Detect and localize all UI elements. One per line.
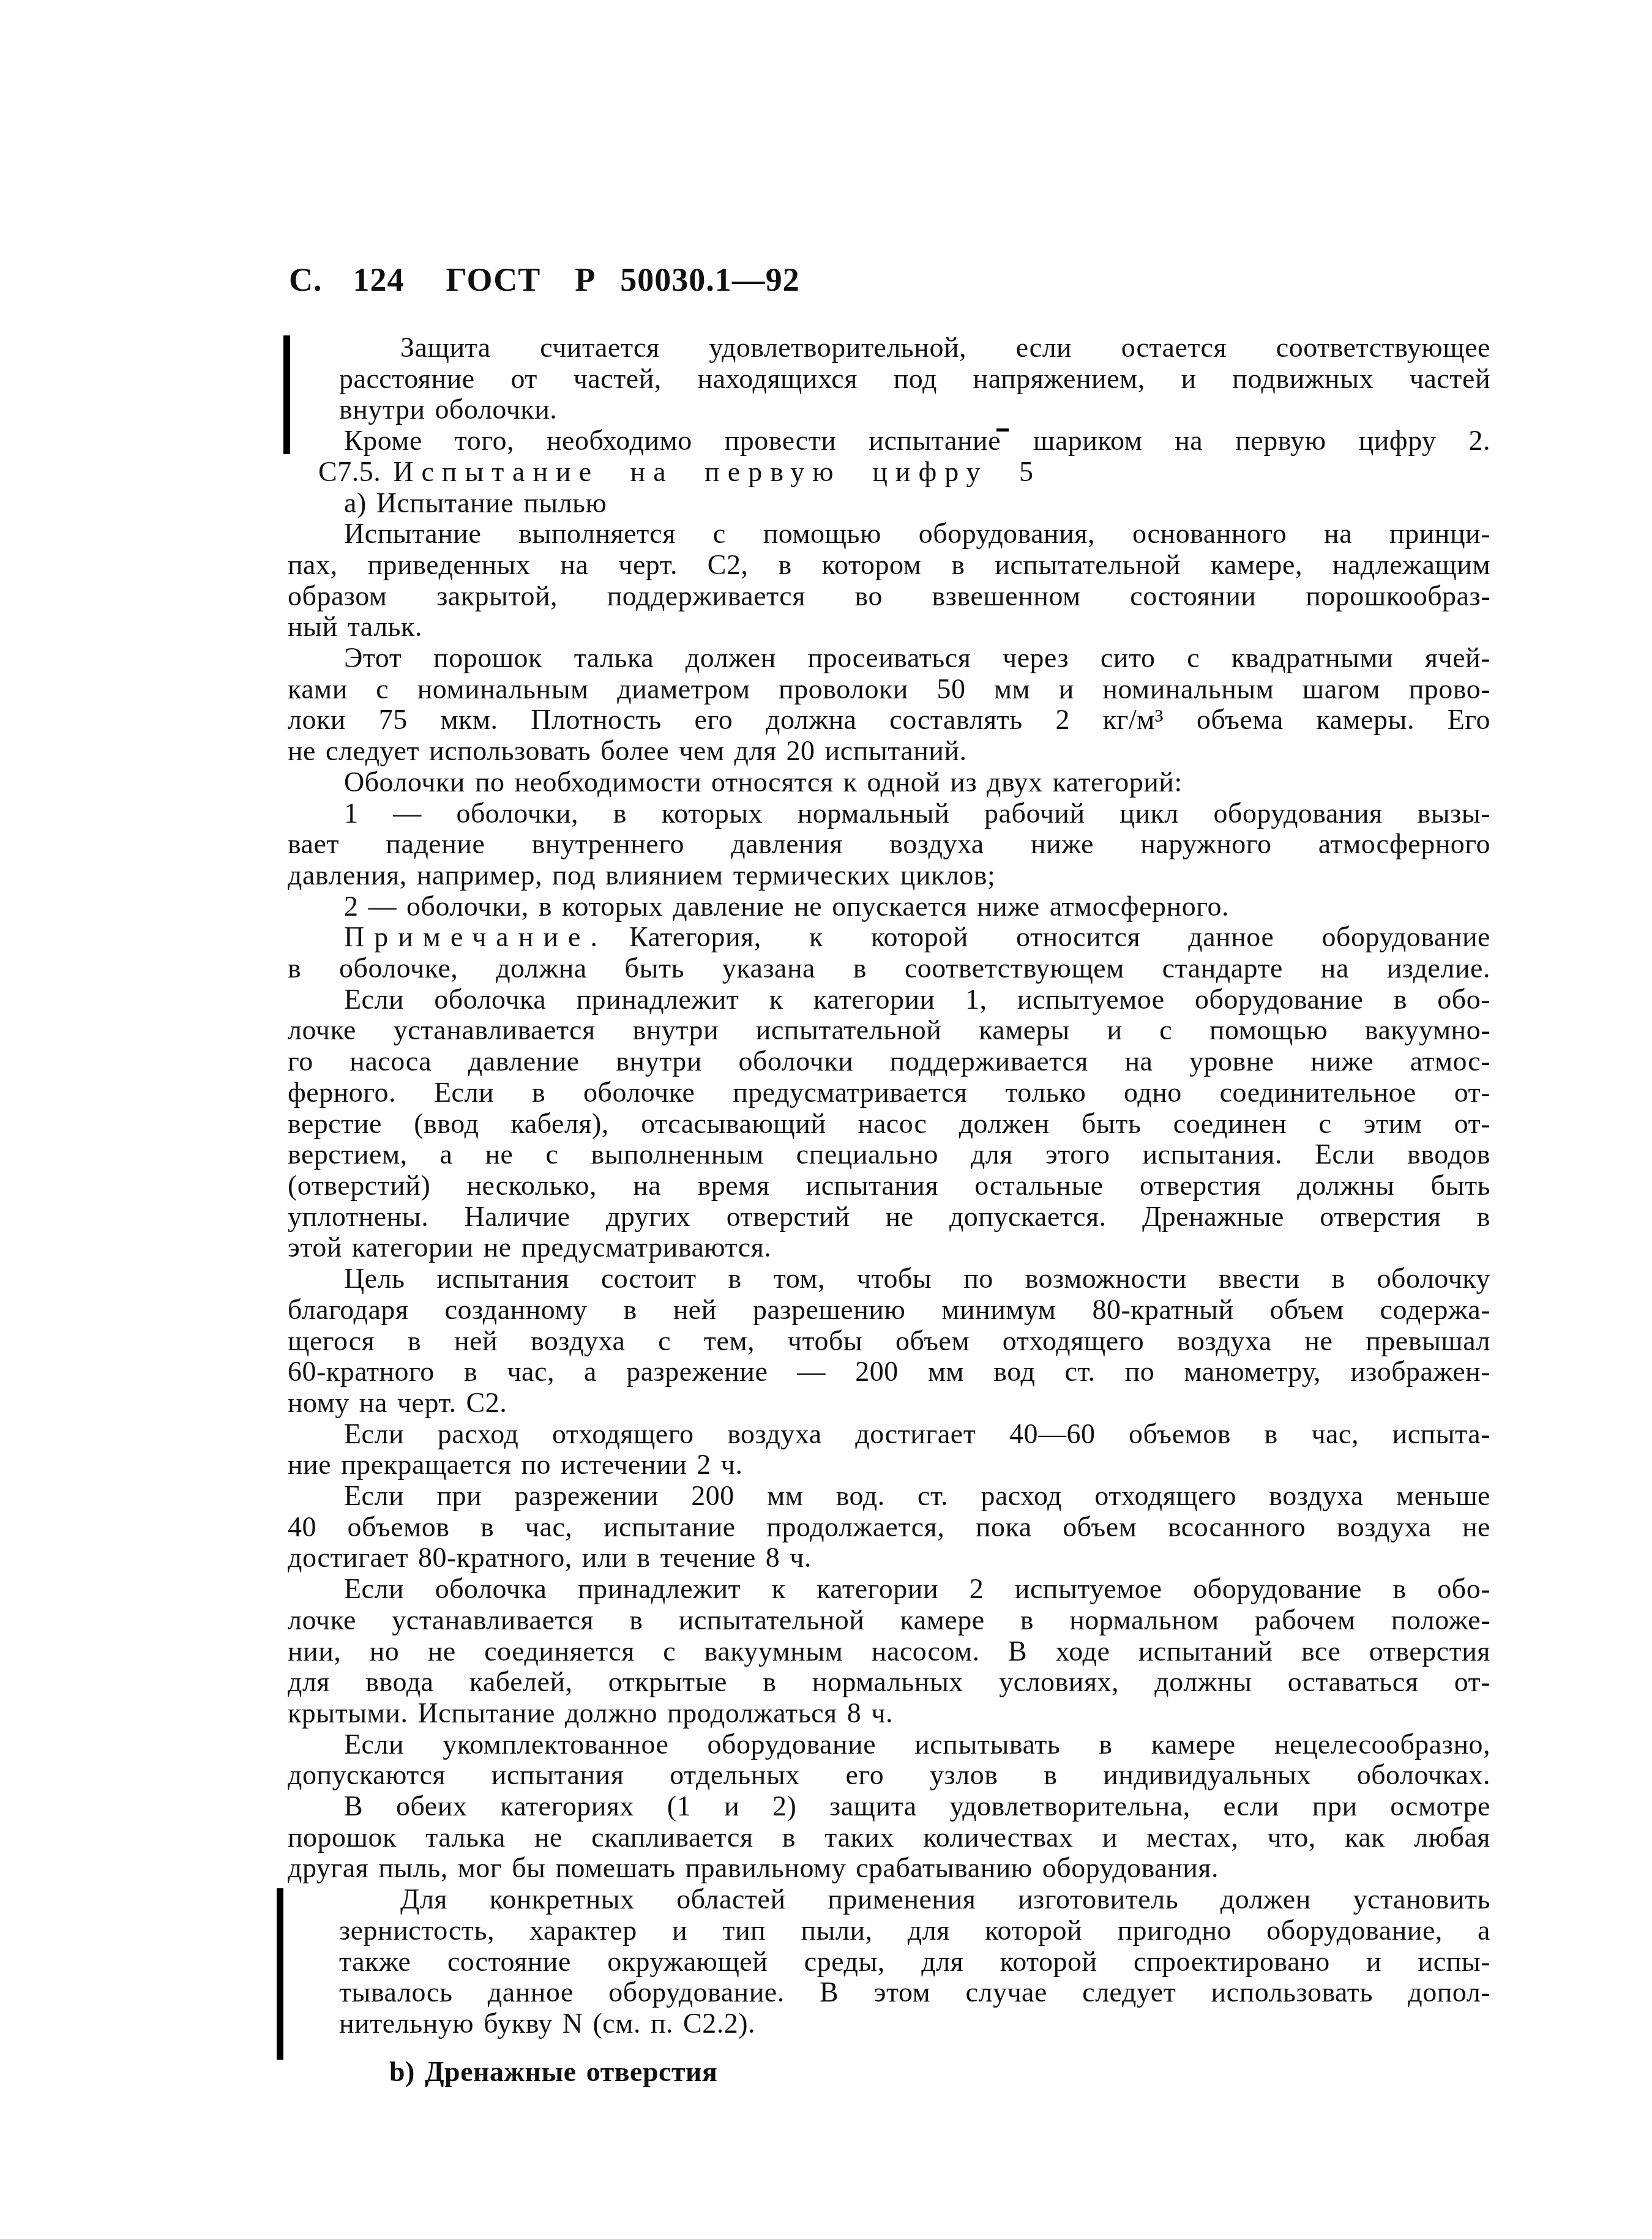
text-line: образом закрытой, поддерживается во взве… — [288, 581, 1490, 612]
clause-number: С7.5. — [318, 456, 381, 487]
paragraph: Оболочки по необходимости относятся к од… — [288, 767, 1490, 798]
text-line: локи 75 мкм. Плотность его должна состав… — [288, 705, 1490, 736]
list-item-a: а) Испытание пылью — [288, 488, 1490, 519]
text-line: тывалось данное оборудование. В этом слу… — [339, 1977, 1490, 2008]
text-line: для ввода кабелей, открытые в нормальных… — [288, 1667, 1490, 1698]
page-number: 124 — [353, 263, 405, 296]
note-text: Категория, к которой относится данное об… — [629, 921, 1490, 952]
clause-title: Испытание на первую цифру 5 — [393, 456, 1041, 487]
text-line: давления, например, под влиянием термиче… — [288, 860, 1490, 891]
text-line: Для конкретных областей применения изгот… — [339, 1884, 1490, 1915]
text-line: не следует использовать более чем для 20… — [288, 736, 1490, 767]
text-line: Кроме того, необходимо провести испытани… — [288, 425, 1490, 457]
text-line: крытыми. Испытание должно продолжаться 8… — [288, 1698, 1490, 1729]
category-item-2: 2 — оболочки, в которых давление не опус… — [288, 891, 1490, 922]
text-line: ферного. Если в оболочке предусматривает… — [288, 1077, 1490, 1108]
standard-number: 50030.1—92 — [620, 263, 800, 296]
paragraph: Если укомплектованное оборудование испыт… — [288, 1729, 1490, 1791]
text-line: В обеих категориях (1 и 2) защита удовле… — [288, 1791, 1490, 1822]
text-line: 40 объемов в час, испытание продолжается… — [288, 1512, 1490, 1543]
text-line: нии, но не соединяется с вакуумным насос… — [288, 1636, 1490, 1667]
text-line: лочке устанавливается внутри испытательн… — [288, 1015, 1490, 1046]
text-column: Защита считается удовлетворительной, есл… — [288, 332, 1490, 2087]
text-line: Если расход отходящего воздуха достигает… — [288, 1419, 1490, 1450]
text-line: другая пыль, мог бы помешать правильному… — [288, 1853, 1490, 1884]
text-line: Примечание.Категория, к которой относитс… — [288, 922, 1490, 953]
text-line: ному на черт. С2. — [288, 1388, 1490, 1419]
page-header: С.124ГОСТР50030.1—92 — [289, 263, 800, 296]
text-line: ный тальк. — [288, 611, 1490, 643]
paragraph: Этот порошок талька должен просеиваться … — [288, 643, 1490, 767]
text-line: этой категории не предусматриваются. — [288, 1232, 1490, 1263]
standard-name: ГОСТ — [446, 263, 541, 296]
text-line: в оболочке, должна быть указана в соотве… — [288, 953, 1490, 984]
paragraph: В обеих категориях (1 и 2) защита удовле… — [288, 1791, 1490, 1884]
text-line: Этот порошок талька должен просеиваться … — [288, 643, 1490, 674]
paragraph: Защита считается удовлетворительной, есл… — [288, 332, 1490, 425]
text-line: Если оболочка принадлежит к категории 1,… — [288, 984, 1490, 1015]
text-line: щегося в ней воздуха с тем, чтобы объем … — [288, 1326, 1490, 1357]
standard-reg-letter: Р — [575, 263, 596, 296]
text-line: Оболочки по необходимости относятся к од… — [288, 767, 1490, 798]
text-line: зернистость, характер и тип пыли, для ко… — [339, 1915, 1490, 1946]
text-line: верстием, а не с выполненным специально … — [288, 1139, 1490, 1170]
paragraph: Испытание выполняется с помощью оборудов… — [288, 518, 1490, 643]
text-line: уплотнены. Наличие других отверстий не д… — [288, 1202, 1490, 1233]
note-label: Примечание. — [344, 921, 607, 952]
text-line: благодаря созданному в ней разрешению ми… — [288, 1295, 1490, 1326]
text-line: верстие (ввод кабеля), отсасывающий насо… — [288, 1108, 1490, 1140]
document-page: С.124ГОСТР50030.1—92 Защита считается уд… — [0, 0, 1652, 2239]
text-line: 60-кратного в час, а разрежение — 200 мм… — [288, 1356, 1490, 1388]
page-label: С. — [289, 263, 323, 296]
text-line: ние прекращается по истечении 2 ч. — [288, 1449, 1490, 1481]
text-line: пах, приведенных на черт. С2, в котором … — [288, 550, 1490, 581]
change-bar-bottom — [277, 1888, 283, 2060]
section-heading: С7.5.Испытание на первую цифру 5 — [288, 457, 1490, 488]
paragraph: Если оболочка принадлежит к категории 2 … — [288, 1574, 1490, 1729]
text-line: расстояние от частей, находящихся под на… — [339, 364, 1490, 395]
text-line: допускаются испытания отдельных его узло… — [288, 1760, 1490, 1791]
text-line: порошок талька не скапливается в таких к… — [288, 1822, 1490, 1853]
paragraph: Если при разрежении 200 мм вод. ст. расх… — [288, 1481, 1490, 1574]
text-line: Если укомплектованное оборудование испыт… — [288, 1729, 1490, 1760]
paragraph: Для конкретных областей применения изгот… — [288, 1884, 1490, 2039]
paragraph: а) Испытание пылью — [288, 488, 1490, 519]
text-line: вает падение внутреннего давления воздух… — [288, 829, 1490, 860]
text-line: нительную букву N (см. п. С2.2). — [339, 2008, 1490, 2039]
paragraph: Кроме того, необходимо провести испытани… — [288, 425, 1490, 457]
text-line: внутри оболочки. — [339, 394, 1490, 425]
text-line: (отверстий) несколько, на время испытани… — [288, 1170, 1490, 1202]
text-line: Если при разрежении 200 мм вод. ст. расх… — [288, 1481, 1490, 1512]
paragraph: 1 — оболочки, в которых нормальный рабоч… — [288, 798, 1490, 891]
paragraph: С7.5.Испытание на первую цифру 5 — [288, 457, 1490, 488]
text-line: лочке устанавливается в испытательной ка… — [288, 1605, 1490, 1636]
paragraph: Если оболочка принадлежит к категории 1,… — [288, 984, 1490, 1263]
text-line: Цель испытания состоит в том, чтобы по в… — [288, 1263, 1490, 1295]
text-line: го насоса давление внутри оболочки подде… — [288, 1046, 1490, 1077]
note-paragraph: Примечание.Категория, к которой относитс… — [288, 922, 1490, 984]
paragraph: Если расход отходящего воздуха достигает… — [288, 1419, 1490, 1481]
text-line: достигает 80-кратного, или в течение 8 ч… — [288, 1542, 1490, 1574]
paragraph: Цель испытания состоит в том, чтобы по в… — [288, 1263, 1490, 1419]
paragraph: b) Дренажные отверстия — [288, 2057, 1490, 2088]
text-line: Если оболочка принадлежит к категории 2 … — [288, 1574, 1490, 1605]
paragraph: 2 — оболочки, в которых давление не опус… — [288, 891, 1490, 922]
text-line: также состояние окружающей среды, для ко… — [339, 1946, 1490, 1978]
category-item-1: 1 — оболочки, в которых нормальный рабоч… — [288, 798, 1490, 829]
list-item-b: b) Дренажные отверстия — [339, 2057, 1490, 2088]
text-line: ками с номинальным диаметром проволоки 5… — [288, 674, 1490, 705]
text-line: Испытание выполняется с помощью оборудов… — [288, 518, 1490, 550]
text-line: Защита считается удовлетворительной, есл… — [339, 332, 1490, 364]
